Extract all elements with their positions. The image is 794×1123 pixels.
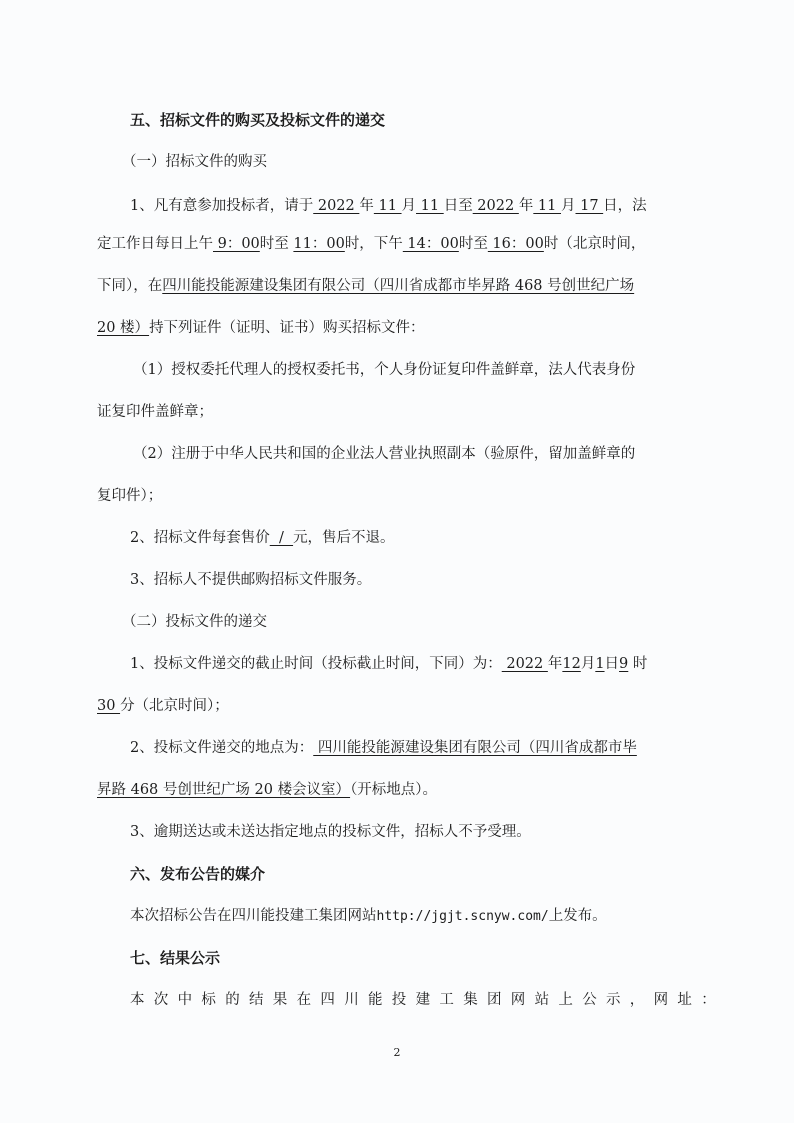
text: 本次招标公告在四川能投建工集团网站 — [130, 908, 377, 924]
text: 月 — [581, 656, 596, 672]
text: 1、凡有意参加投标者，请于 — [130, 198, 313, 214]
text: 年 — [359, 198, 374, 214]
section6-heading: 六、发布公告的媒介 — [130, 864, 265, 884]
text: 下同），在 — [97, 278, 162, 294]
location-line2: 昇路 468 号创世纪广场 20 楼会议室）（开标地点）。 — [97, 780, 437, 800]
text: 1、投标文件递交的截止时间（投标截止时间，下同）为： — [130, 656, 502, 672]
media-line: 本次招标公告在四川能投建工集团网站http://jgjt.scnyw.com/上… — [130, 906, 607, 927]
am-start: 9：00 — [213, 236, 260, 252]
submission-place-cont: 昇路 468 号创世纪广场 20 楼会议室） — [97, 782, 350, 798]
required-doc-1-line2: 证复印件盖鲜章； — [97, 402, 213, 422]
location-line1: 2、投标文件递交的地点为： 四川能投能源建设集团有限公司（四川省成都市毕 — [130, 738, 637, 758]
website-url: http://jgjt.scnyw.com/ — [377, 909, 549, 924]
late-submission-line: 3、逾期送达或未送达指定地点的投标文件，招标人不予受理。 — [130, 822, 531, 842]
end-year: 2022 — [473, 198, 519, 214]
required-doc-2-line2: 复印件）； — [97, 486, 162, 506]
pm-end: 16：00 — [488, 236, 544, 252]
text: 日 — [605, 656, 620, 672]
purchase-place-line3: 下同），在四川能投能源建设集团有限公司（四川省成都市毕昇路 468 号创世纪广场 — [97, 276, 634, 296]
purchase-period-line1: 1、凡有意参加投标者，请于 2022 年 11 月 11 日至 2022 年 1… — [130, 196, 647, 216]
text: 2、投标文件递交的地点为： — [130, 740, 313, 756]
price-line: 2、招标文件每套售价 / 元，售后不退。 — [130, 528, 395, 548]
subheading-purchase: （一）招标文件的购买 — [122, 152, 267, 172]
text: 定工作日每日上午 — [97, 236, 213, 252]
section5-heading: 五、招标文件的购买及投标文件的递交 — [130, 110, 385, 130]
submission-place: 四川能投能源建设集团有限公司（四川省成都市毕 — [313, 740, 637, 756]
end-month: 11 — [533, 198, 561, 214]
no-mail-line: 3、招标人不提供邮购招标文件服务。 — [130, 570, 371, 590]
pm-start: 14：00 — [403, 236, 459, 252]
start-year: 2022 — [313, 198, 359, 214]
deadline-year: 2022 — [502, 656, 548, 672]
purchase-place-cont: 20 楼） — [97, 320, 149, 336]
text: 时至 — [260, 236, 294, 252]
deadline-minute: 30 — [97, 698, 120, 714]
result-line: 本次中标的结果在四川能投建工集团网站上公示，网址： — [130, 990, 725, 1010]
text: 年 — [519, 198, 534, 214]
text: （开标地点）。 — [350, 782, 437, 798]
text: 月 — [561, 198, 576, 214]
text: 2、招标文件每套售价 — [130, 530, 270, 546]
text: 时 — [628, 656, 647, 672]
page-number: 2 — [0, 1046, 794, 1059]
text: 分（北京时间）； — [120, 698, 229, 714]
deadline-day: 1 — [595, 656, 604, 672]
end-day: 17 — [576, 198, 604, 214]
purchase-place-line4: 20 楼）持下列证件（证明、证书）购买招标文件： — [97, 318, 425, 338]
text: 时（北京时间， — [544, 236, 646, 252]
text: 年 — [548, 656, 563, 672]
section7-heading: 七、结果公示 — [130, 948, 220, 968]
subheading-submission: （二）投标文件的递交 — [122, 612, 267, 632]
deadline-line2: 30 分（北京时间）； — [97, 696, 229, 716]
start-month: 11 — [374, 198, 402, 214]
required-doc-1-line1: （1）授权委托代理人的授权委托书，个人身份证复印件盖鲜章，法人代表身份 — [133, 360, 635, 380]
start-day: 11 — [416, 198, 444, 214]
text: 时至 — [459, 236, 488, 252]
text: 日至 — [444, 198, 473, 214]
deadline-month: 12 — [562, 656, 580, 672]
text: 日，法 — [603, 198, 647, 214]
am-end: 11：00 — [293, 236, 344, 252]
purchase-period-line2: 定工作日每日上午 9：00时至 11：00时，下午 14：00时至 16：00时… — [97, 234, 645, 254]
deadline-line1: 1、投标文件递交的截止时间（投标截止时间，下同）为： 2022 年12月1日9 … — [130, 654, 647, 674]
text: 元，售后不退。 — [293, 530, 395, 546]
deadline-hour: 9 — [619, 656, 628, 672]
text: 月 — [402, 198, 417, 214]
text: 时，下午 — [345, 236, 403, 252]
required-doc-2-line1: （2）注册于中华人民共和国的企业法人营业执照副本（验原件，留加盖鲜章的 — [133, 444, 635, 464]
purchase-place: 四川能投能源建设集团有限公司（四川省成都市毕昇路 468 号创世纪广场 — [162, 278, 634, 294]
text: 持下列证件（证明、证书）购买招标文件： — [149, 320, 425, 336]
price: / — [270, 530, 293, 546]
text: 上发布。 — [549, 908, 607, 924]
